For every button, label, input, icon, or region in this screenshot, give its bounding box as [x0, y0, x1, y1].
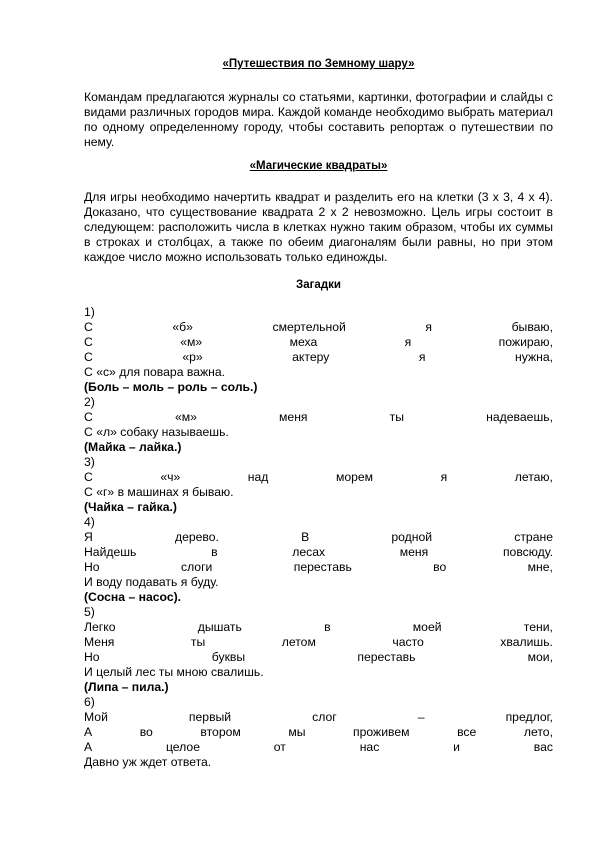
word: я: [419, 350, 426, 365]
word: стране: [514, 530, 553, 545]
word: слог: [312, 710, 337, 725]
riddle-answer: (Сосна – насос).: [84, 590, 553, 605]
word: от: [274, 740, 286, 755]
word: С: [84, 320, 93, 335]
word: над: [248, 470, 269, 485]
word: нужна,: [515, 350, 553, 365]
word: часто: [392, 635, 423, 650]
word: «р»: [182, 350, 202, 365]
word: Я: [84, 530, 93, 545]
section-title-riddles: Загадки: [84, 278, 553, 292]
word: я: [405, 335, 412, 350]
word: предлог,: [506, 710, 553, 725]
riddle-line: И воду подавать я буду.: [84, 575, 553, 590]
riddle-line: С «л» собаку называешь.: [84, 425, 553, 440]
section-title-magic-squares: «Магические квадраты»: [84, 159, 553, 173]
paragraph-travel: Командам предлагаются журналы со статьям…: [84, 90, 553, 150]
word: А: [84, 725, 92, 740]
word: мы: [288, 725, 305, 740]
word: Но: [84, 650, 100, 665]
word: бываю,: [512, 320, 553, 335]
riddle-1: 1)С«б»смертельнойябываю,С«м»мехаяпожираю…: [84, 305, 553, 395]
riddle-number: 6): [84, 695, 553, 710]
paragraph-magic-squares: Для игры необходимо начертить квадрат и …: [84, 190, 553, 265]
word: хвалишь.: [500, 635, 553, 650]
word: меха: [290, 335, 318, 350]
word: Найдешь: [84, 545, 136, 560]
word: летом: [282, 635, 316, 650]
word: пожираю,: [499, 335, 553, 350]
word: С: [84, 470, 93, 485]
word: вас: [534, 740, 553, 755]
word: во: [433, 560, 446, 575]
word: лето,: [524, 725, 553, 740]
word: меня: [400, 545, 429, 560]
word: Мой: [84, 710, 108, 725]
riddle-6: 6)Мойпервыйслог–предлог,Авовтороммыпрожи…: [84, 695, 553, 770]
word: переставь: [357, 650, 415, 665]
word: во: [140, 725, 153, 740]
riddle-line: Нослогипереставьвомне,: [84, 560, 553, 575]
riddle-answer: (Боль – моль – роль – соль.): [84, 380, 553, 395]
word: мне,: [528, 560, 553, 575]
riddle-line: Мойпервыйслог–предлог,: [84, 710, 553, 725]
word: Но: [84, 560, 100, 575]
riddle-answer: (Майка – лайка.): [84, 440, 553, 455]
word: лесах: [292, 545, 325, 560]
word: мои,: [528, 650, 553, 665]
word: и: [453, 740, 460, 755]
word: ты: [191, 635, 205, 650]
word: С: [84, 350, 93, 365]
word: целое: [166, 740, 200, 755]
riddle-line: С«р»актеруянужна,: [84, 350, 553, 365]
riddle-number: 3): [84, 455, 553, 470]
riddle-number: 5): [84, 605, 553, 620]
riddle-line: С«м»мехаяпожираю,: [84, 335, 553, 350]
word: в: [324, 620, 330, 635]
word: смертельной: [272, 320, 345, 335]
riddle-line: С«б»смертельнойябываю,: [84, 320, 553, 335]
word: В: [301, 530, 309, 545]
riddle-2: 2)С«м»менятынадеваешь,С «л» собаку назыв…: [84, 395, 553, 455]
riddle-number: 2): [84, 395, 553, 410]
riddle-number: 4): [84, 515, 553, 530]
section-title-travel: «Путешествия по Земному шару»: [84, 57, 553, 71]
word: втором: [200, 725, 240, 740]
riddle-line: Ядерево.Вроднойстране: [84, 530, 553, 545]
word: ты: [390, 410, 404, 425]
riddle-answer: (Чайка – гайка.): [84, 500, 553, 515]
riddle-3: 3)С«ч»надморемялетаю,С «г» в машинах я б…: [84, 455, 553, 515]
word: все: [457, 725, 476, 740]
word: дерево.: [175, 530, 219, 545]
word: буквы: [212, 650, 245, 665]
riddle-line: Найдешьвлесахменяповсюду.: [84, 545, 553, 560]
word: я: [441, 470, 448, 485]
word: С: [84, 335, 93, 350]
word: слоги: [181, 560, 212, 575]
word: в: [211, 545, 217, 560]
word: я: [425, 320, 432, 335]
riddles-list: 1)С«б»смертельнойябываю,С«м»мехаяпожираю…: [84, 305, 553, 770]
word: «б»: [172, 320, 193, 335]
word: летаю,: [515, 470, 553, 485]
riddle-number: 1): [84, 305, 553, 320]
riddle-line: С «г» в машинах я бываю.: [84, 485, 553, 500]
word: первый: [189, 710, 231, 725]
word: «м»: [180, 335, 202, 350]
word: переставь: [294, 560, 352, 575]
word: проживем: [353, 725, 409, 740]
word: С: [84, 410, 93, 425]
riddle-line: Легкодышатьвмоейтени,: [84, 620, 553, 635]
word: меня: [279, 410, 308, 425]
word: моей: [413, 620, 442, 635]
riddle-answer: (Липа – пила.): [84, 680, 553, 695]
word: повсюду.: [503, 545, 553, 560]
word: тени,: [524, 620, 553, 635]
riddle-line: Ацелоеотнасивас: [84, 740, 553, 755]
riddle-line: Давно уж ждет ответа.: [84, 755, 553, 770]
word: –: [418, 710, 425, 725]
riddle-line: С«ч»надморемялетаю,: [84, 470, 553, 485]
word: нас: [360, 740, 380, 755]
word: морем: [336, 470, 373, 485]
riddle-line: И целый лес ты мною свалишь.: [84, 665, 553, 680]
word: дышать: [198, 620, 242, 635]
word: надеваешь,: [486, 410, 553, 425]
riddle-line: Нобуквыпереставьмои,: [84, 650, 553, 665]
word: Легко: [84, 620, 115, 635]
word: «ч»: [160, 470, 180, 485]
word: А: [84, 740, 92, 755]
word: актеру: [292, 350, 329, 365]
riddle-line: Менятылетомчастохвалишь.: [84, 635, 553, 650]
riddle-line: С«м»менятынадеваешь,: [84, 410, 553, 425]
riddle-4: 4)Ядерево.ВроднойстранеНайдешьвлесахменя…: [84, 515, 553, 605]
riddle-5: 5)Легкодышатьвмоейтени,Менятылетомчастох…: [84, 605, 553, 695]
word: родной: [391, 530, 432, 545]
riddle-line: Авовтороммыпроживемвселето,: [84, 725, 553, 740]
word: «м»: [175, 410, 197, 425]
riddle-line: С «с» для повара важна.: [84, 365, 553, 380]
word: Меня: [84, 635, 114, 650]
